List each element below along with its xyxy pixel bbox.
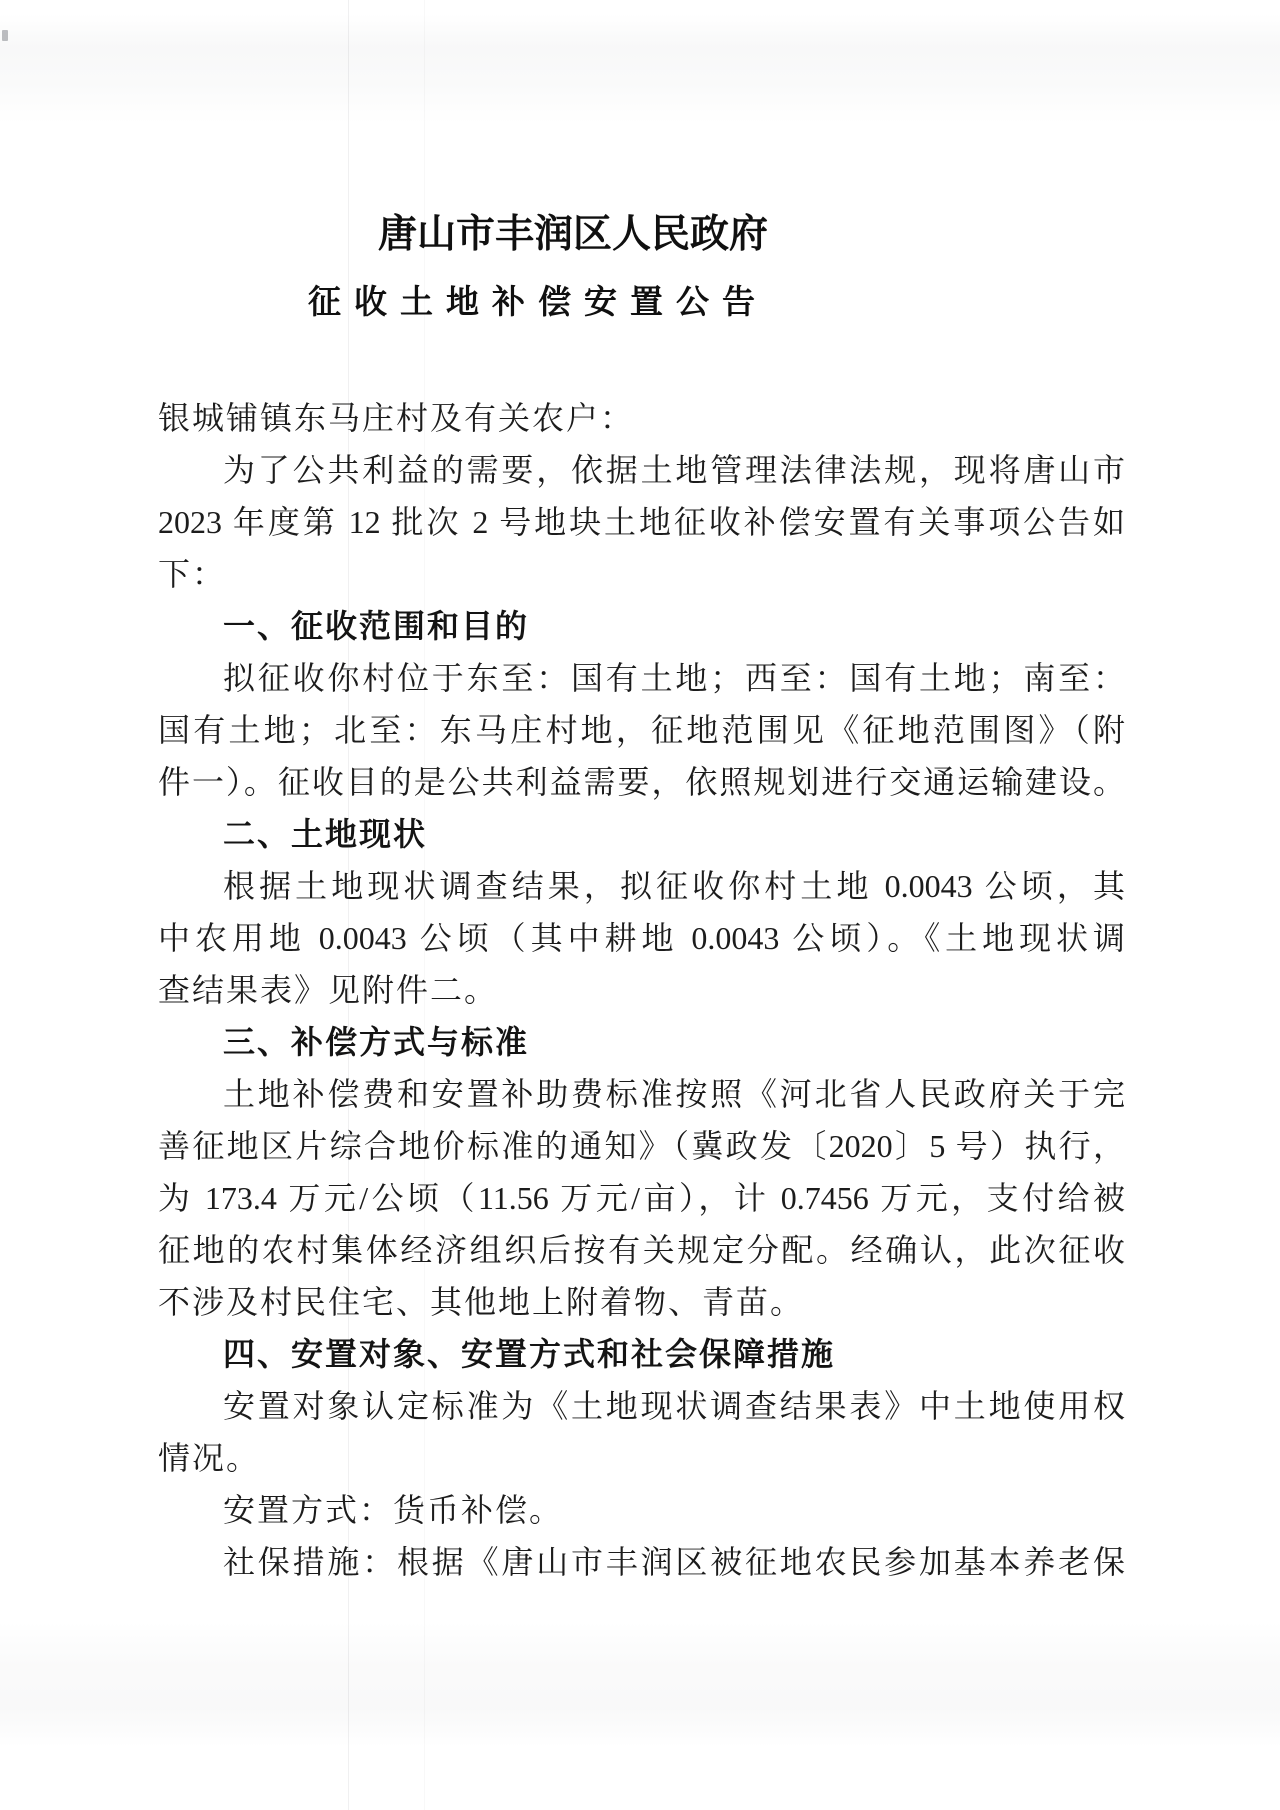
document-section-heading: 一、征收范围和目的 (158, 600, 1125, 652)
document-section-heading: 四、安置对象、安置方式和社会保障措施 (158, 1328, 1125, 1380)
document-line: 情况。 (158, 1432, 1125, 1484)
document-section-heading: 三、补偿方式与标准 (158, 1016, 1125, 1068)
scan-texture-bottom (0, 1622, 1280, 1747)
document-line: 国有土地；北至：东马庄村地，征地范围见《征地范围图》（附 (158, 704, 1125, 756)
document-line: 安置方式：货币补偿。 (158, 1484, 1125, 1536)
document-section-heading: 二、土地现状 (158, 808, 1125, 860)
document-line: 社保措施：根据《唐山市丰润区被征地农民参加基本养老保 (158, 1536, 1125, 1588)
document-line: 根据土地现状调查结果，拟征收你村土地 0.0043 公顷，其 (158, 860, 1125, 912)
scan-artifact-speck (2, 30, 8, 41)
document-line: 善征地区片综合地价标准的通知》（冀政发〔2020〕5 号）执行， (158, 1120, 1125, 1172)
document-line: 中农用地 0.0043 公顷（其中耕地 0.0043 公顷）。《土地现状调 (158, 912, 1125, 964)
document-line: 土地补偿费和安置补助费标准按照《河北省人民政府关于完 (158, 1068, 1125, 1120)
document-page: 唐山市丰润区人民政府 征收土地补偿安置公告 银城铺镇东马庄村及有关农户：为了公共… (0, 0, 1280, 1810)
document-title-line2: 征收土地补偿安置公告 (308, 280, 768, 326)
document-line: 2023 年度第 12 批次 2 号地块土地征收补偿安置有关事项公告如 (158, 496, 1125, 548)
scan-texture-top (0, 14, 1280, 124)
document-line: 为 173.4 万元/公顷（11.56 万元/亩），计 0.7456 万元，支付… (158, 1172, 1125, 1224)
document-title-line1: 唐山市丰润区人民政府 (378, 210, 768, 260)
document-line: 拟征收你村位于东至：国有土地；西至：国有土地；南至： (158, 652, 1125, 704)
document-line: 为了公共利益的需要，依据土地管理法律法规，现将唐山市 (158, 444, 1125, 496)
document-body: 银城铺镇东马庄村及有关农户：为了公共利益的需要，依据土地管理法律法规，现将唐山市… (158, 392, 1125, 1588)
document-line: 征地的农村集体经济组织后按有关规定分配。经确认，此次征收 (158, 1224, 1125, 1276)
document-line: 安置对象认定标准为《土地现状调查结果表》中土地使用权 (158, 1380, 1125, 1432)
document-line: 下： (158, 548, 1125, 600)
document-line: 查结果表》见附件二。 (158, 964, 1125, 1016)
document-line: 不涉及村民住宅、其他地上附着物、青苗。 (158, 1276, 1125, 1328)
document-line: 件一）。征收目的是公共利益需要，依照规划进行交通运输建设。 (158, 756, 1125, 808)
document-line: 银城铺镇东马庄村及有关农户： (158, 392, 1125, 444)
